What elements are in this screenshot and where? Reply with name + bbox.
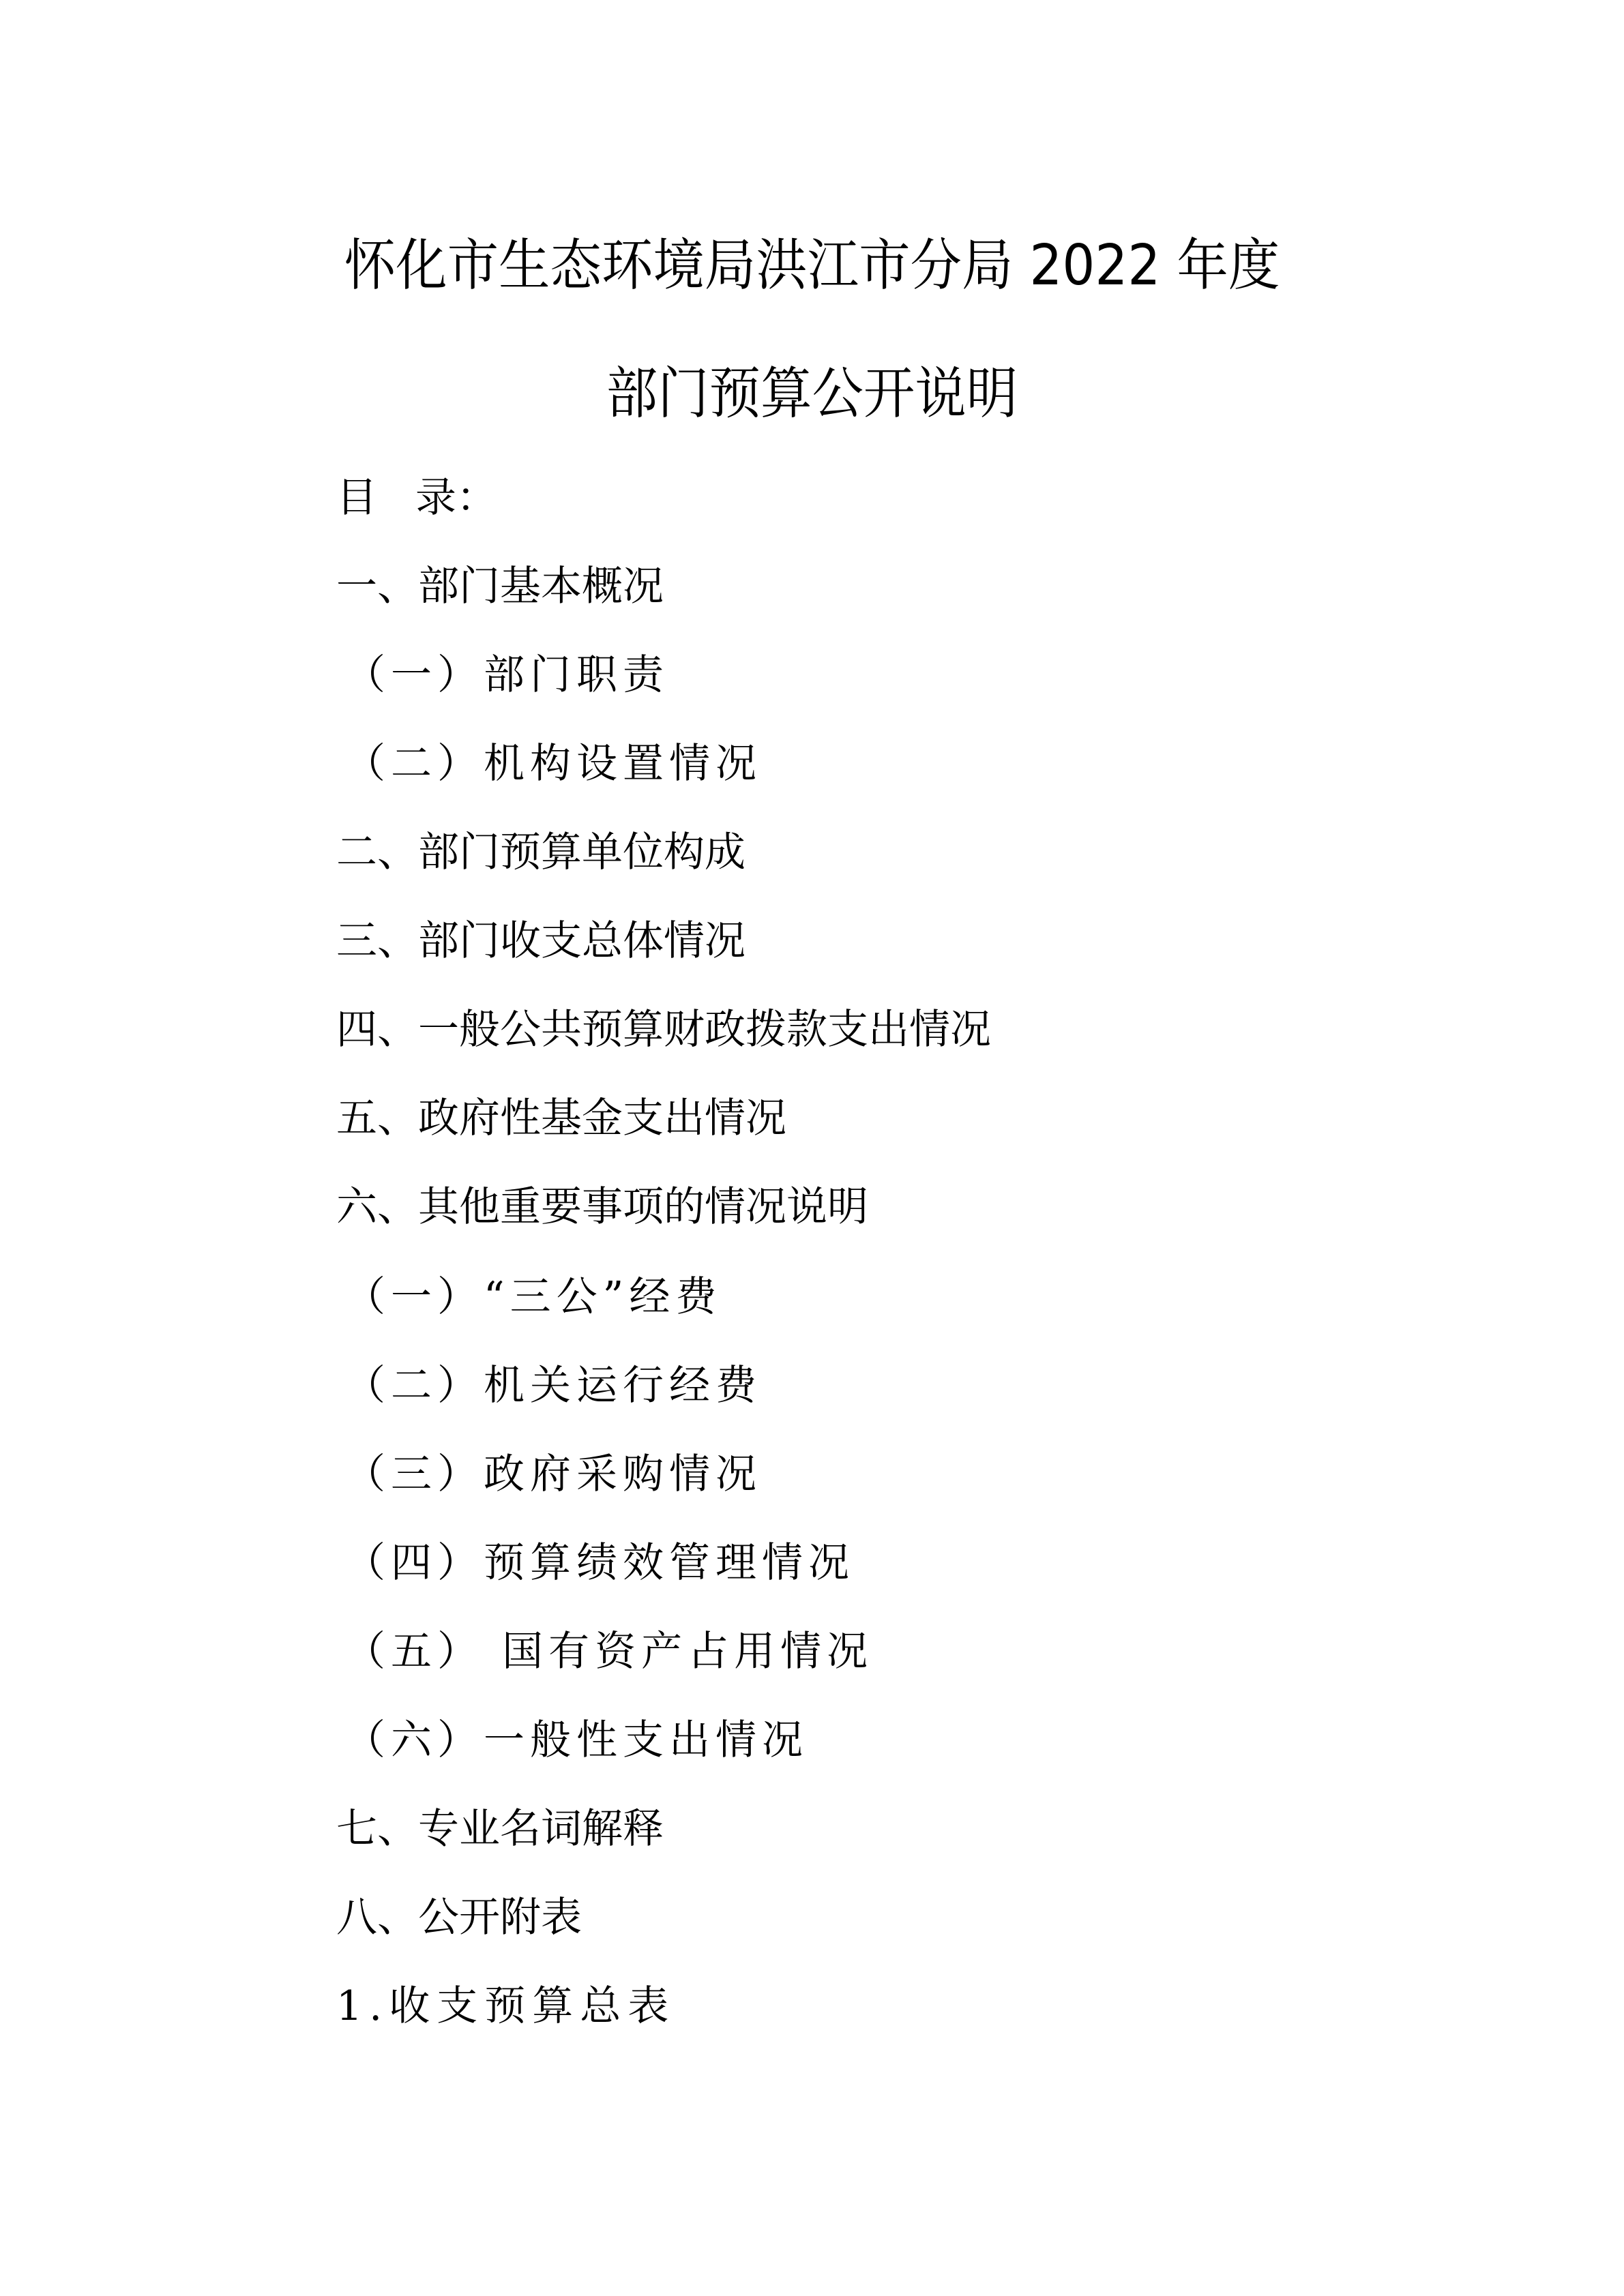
toc-subitem: （一）“三公”经费 bbox=[344, 1270, 722, 1324]
toc-item: 七、专业名词解释 bbox=[336, 1802, 664, 1856]
toc-subitem: （五） 国有资产占用情况 bbox=[344, 1624, 873, 1679]
toc-item: 八、公开附表 bbox=[336, 1890, 582, 1945]
toc-heading-char-2: 录： bbox=[415, 474, 497, 522]
toc-subitem: （二）机构设置情况 bbox=[344, 736, 762, 791]
toc-subitem: （四）预算绩效管理情况 bbox=[344, 1536, 855, 1590]
document-title-line-2: 部门预算公开说明 bbox=[65, 360, 1559, 428]
toc-appendix-item: 1.收支预算总表 bbox=[336, 1979, 675, 2033]
toc-subitem: （一）部门职责 bbox=[344, 648, 669, 702]
document-title-line-1: 怀化市生态环境局洪江市分局 2022 年度 bbox=[65, 232, 1559, 300]
toc-subitem: （三）政府采购情况 bbox=[344, 1447, 762, 1502]
toc-item: 一、部门基本概况 bbox=[336, 559, 664, 614]
toc-subitem: （六）一般性支出情况 bbox=[344, 1713, 808, 1768]
toc-item: 三、部门收支总体情况 bbox=[336, 914, 745, 968]
document-page: 怀化市生态环境局洪江市分局 2022 年度 部门预算公开说明 目录： 一、部门基… bbox=[0, 0, 1624, 2296]
toc-item: 五、政府性基金支出情况 bbox=[336, 1091, 786, 1146]
toc-subitem: （二）机关运行经费 bbox=[344, 1358, 762, 1413]
toc-item: 六、其他重要事项的情况说明 bbox=[336, 1180, 868, 1234]
toc-item: 二、部门预算单位构成 bbox=[336, 825, 745, 880]
toc-heading: 目录： bbox=[336, 471, 497, 525]
toc-heading-char-1: 目 bbox=[336, 474, 377, 522]
toc-item: 四、一般公共预算财政拨款支出情况 bbox=[336, 1002, 991, 1057]
